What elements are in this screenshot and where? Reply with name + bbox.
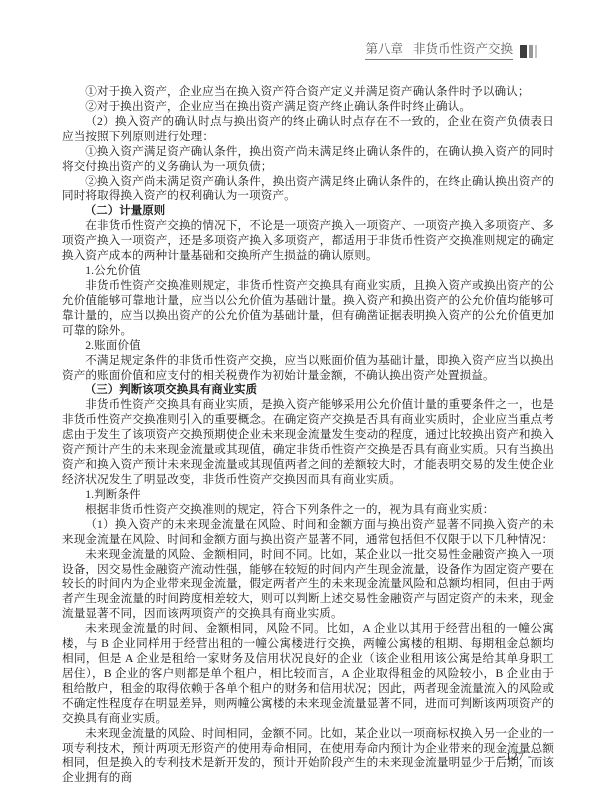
paragraph: （2）换入资产的确认时点与换出资产的终止确认时点存在不一致的，企业在资产负债表日…	[62, 115, 554, 145]
paragraph: 未来现金流量的风险、时间相同，金额不同。比如，某企业以一项商标权换入另一企业的一…	[62, 727, 554, 787]
paragraph: 根据非货币性资产交换准则的规定，符合下列条件之一的，视为具有商业实质：	[62, 503, 554, 518]
paragraph: 不满足规定条件的非货币性资产交换，应当以账面价值为基础计量，即换入资产应当以换出…	[62, 354, 554, 384]
chapter-title: 非货币性资产交换	[413, 42, 513, 56]
chapter-number: 第八章	[365, 42, 403, 56]
decoration-bar-icon	[529, 45, 533, 58]
paragraph: ①对于换入资产，企业应当在换入资产符合资产定义并满足资产确认条件时予以确认；	[62, 85, 554, 100]
header-decoration-bars	[520, 45, 537, 60]
paragraph: ②对于换出资产，企业应当在换出资产满足资产终止确认条件时终止确认。	[62, 100, 554, 115]
paragraph: 1.公允价值	[62, 264, 554, 279]
paragraph: （1）换入资产的未来现金流量在风险、时间和金额方面与换出资产显著不同换入资产的未…	[62, 518, 554, 548]
paragraph: 1.判断条件	[62, 488, 554, 503]
paragraph: 未来现金流量的时间、金额相同，风险不同。比如，A 企业以其用于经营出租的一幢公寓…	[62, 622, 554, 726]
paragraph: 在非货币性资产交换的情况下，不论是一项资产换入一项资产、一项资产换入多项资产、多…	[62, 219, 554, 264]
book-page: 第八章非货币性资产交换 ①对于换入资产，企业应当在换入资产符合资产定义并满足资产…	[0, 0, 589, 800]
decoration-bar-icon	[535, 45, 537, 58]
running-head: 第八章非货币性资产交换	[365, 42, 537, 60]
decoration-bar-icon	[520, 45, 527, 58]
paragraph: 2.账面价值	[62, 339, 554, 354]
paragraph: ①换入资产满足资产确认条件，换出资产尚未满足终止确认条件的，在确认换入资产的同时…	[62, 145, 554, 175]
page-number: - 127 -	[498, 751, 532, 763]
section-heading: （三）判断该项交换具有商业实质	[62, 383, 554, 398]
paragraph: 未来现金流量的风险、金额相同，时间不同。比如，某企业以一批交易性金融资产换入一项…	[62, 548, 554, 623]
paragraph: 非货币性资产交换准则规定，非货币性资产交换具有商业实质，且换入资产或换出资产的公…	[62, 279, 554, 339]
body-paragraphs: ①对于换入资产，企业应当在换入资产符合资产定义并满足资产确认条件时予以确认；②对…	[62, 85, 554, 786]
paragraph: 非货币性资产交换具有商业实质，是换入资产能够采用公允价值计量的重要条件之一，也是…	[62, 398, 554, 488]
section-heading: （二）计量原则	[62, 204, 554, 219]
running-head-title: 第八章非货币性资产交换	[365, 42, 513, 60]
paragraph: ②换入资产尚未满足资产确认条件，换出资产满足终止确认条件的，在终止确认换出资产的…	[62, 175, 554, 205]
